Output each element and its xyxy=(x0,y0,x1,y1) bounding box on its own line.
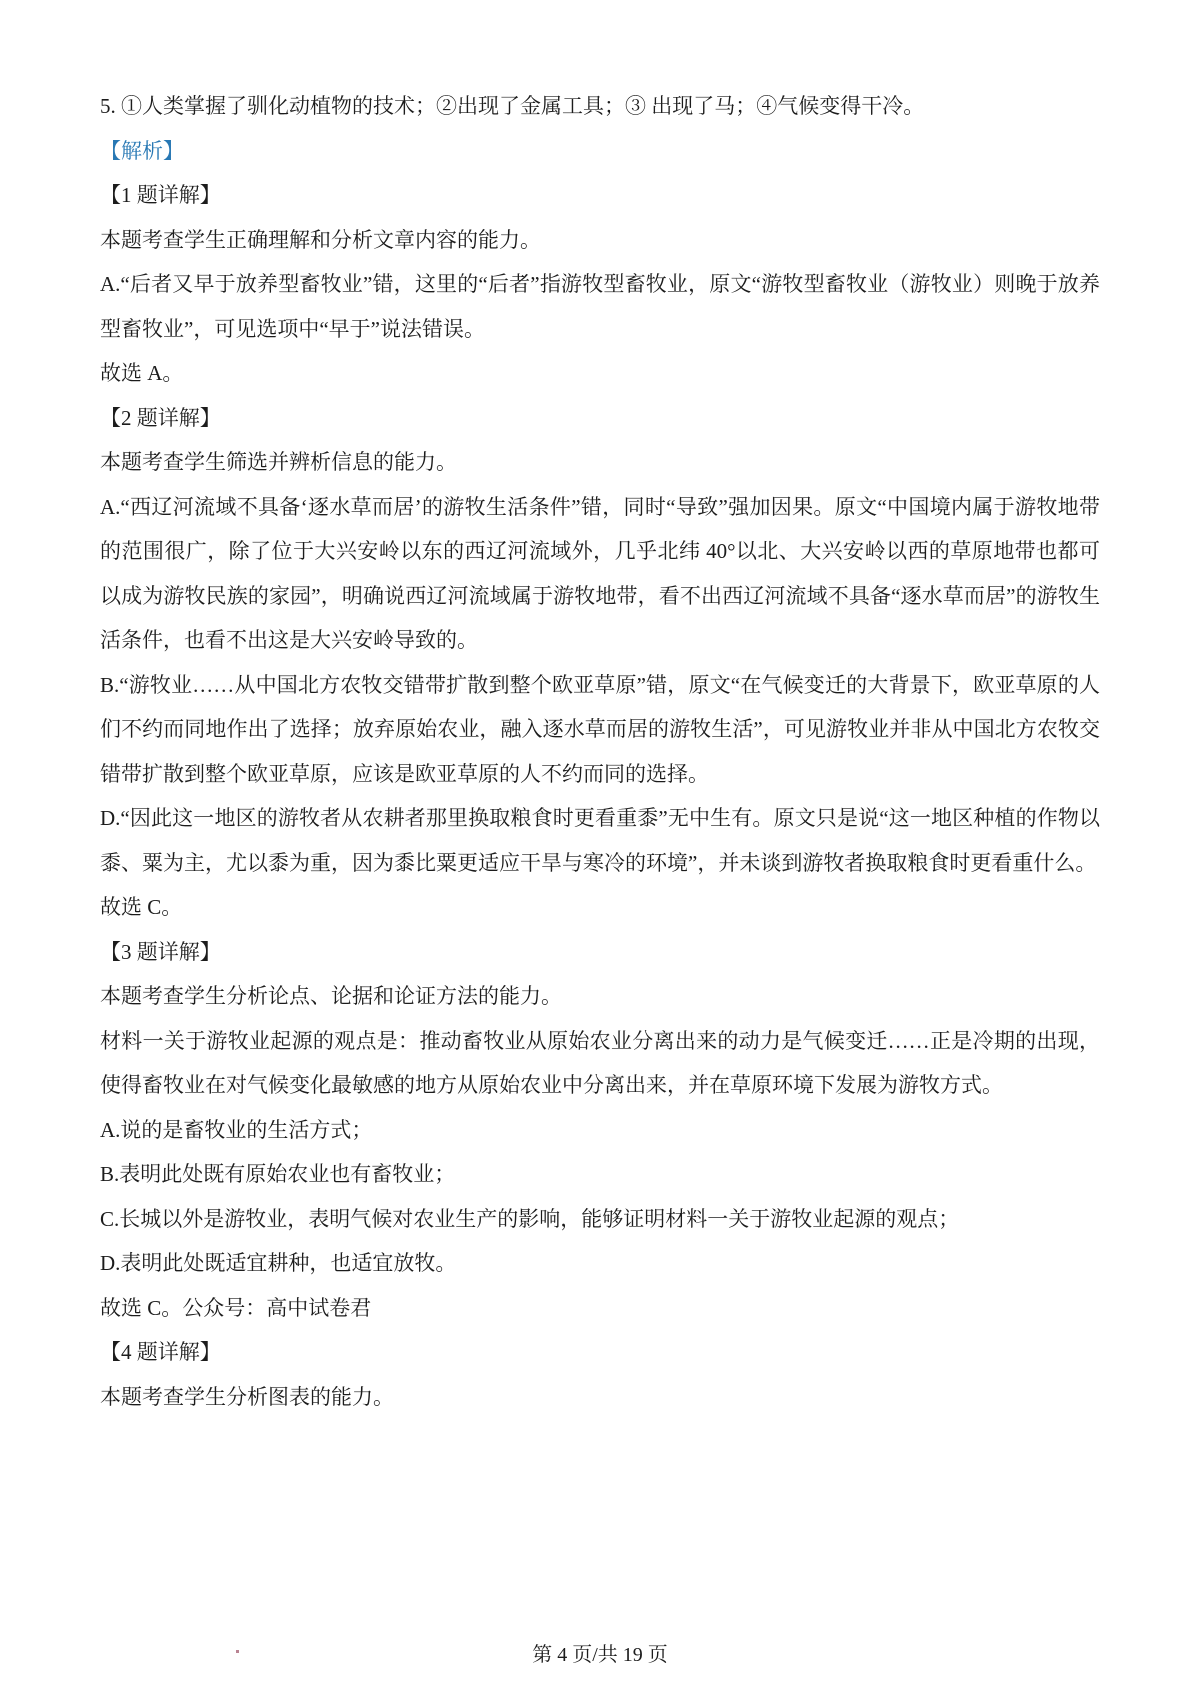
q3-detail-heading: 【3 题详解】 xyxy=(100,930,1100,975)
q1-answer-line: 故选 A。 xyxy=(100,351,1100,396)
q3-option-c-analysis: C.长城以外是游牧业，表明气候对农业生产的影响，能够证明材料一关于游牧业起源的观… xyxy=(100,1197,1100,1242)
answer-5-line: 5. ①人类掌握了驯化动植物的技术；②出现了金属工具；③ 出现了马；④气候变得干… xyxy=(100,84,1100,129)
exam-answer-page: 5. ①人类掌握了驯化动植物的技术；②出现了金属工具；③ 出现了马；④气候变得干… xyxy=(0,0,1200,1698)
page-number-text: 第 4 页/共 19 页 xyxy=(532,1644,668,1666)
analysis-heading: 【解析】 xyxy=(100,129,1100,174)
q1-option-a-analysis: A.“后者又早于放养型畜牧业”错，这里的“后者”指游牧型畜牧业，原文“游牧型畜牧… xyxy=(100,262,1100,351)
q3-answer-line: 故选 C。公众号：高中试卷君 xyxy=(100,1286,1100,1331)
q2-detail-heading: 【2 题详解】 xyxy=(100,396,1100,441)
q3-ability-line: 本题考查学生分析论点、论据和论证方法的能力。 xyxy=(100,974,1100,1019)
q2-option-b-analysis: B.“游牧业……从中国北方农牧交错带扩散到整个欧亚草原”错，原文“在气候变迁的大… xyxy=(100,663,1100,797)
q3-viewpoint-line: 材料一关于游牧业起源的观点是：推动畜牧业从原始农业分离出来的动力是气候变迁……正… xyxy=(100,1019,1100,1108)
q4-ability-line: 本题考查学生分析图表的能力。 xyxy=(100,1375,1100,1420)
q2-ability-line: 本题考查学生筛选并辨析信息的能力。 xyxy=(100,440,1100,485)
q4-detail-heading: 【4 题详解】 xyxy=(100,1330,1100,1375)
q3-option-b-analysis: B.表明此处既有原始农业也有畜牧业； xyxy=(100,1152,1100,1197)
page-footer: 第 4 页/共 19 页 xyxy=(0,1640,1200,1670)
q3-option-a-analysis: A.说的是畜牧业的生活方式； xyxy=(100,1108,1100,1153)
document-body: 5. ①人类掌握了驯化动植物的技术；②出现了金属工具；③ 出现了马；④气候变得干… xyxy=(100,84,1100,1419)
q3-option-d-analysis: D.表明此处既适宜耕种，也适宜放牧。 xyxy=(100,1241,1100,1286)
q1-ability-line: 本题考查学生正确理解和分析文章内容的能力。 xyxy=(100,218,1100,263)
q1-detail-heading: 【1 题详解】 xyxy=(100,173,1100,218)
q2-answer-line: 故选 C。 xyxy=(100,885,1100,930)
q2-option-d-analysis: D.“因此这一地区的游牧者从农耕者那里换取粮食时更看重黍”无中生有。原文只是说“… xyxy=(100,796,1100,885)
q2-option-a-analysis: A.“西辽河流域不具备‘逐水草而居’的游牧生活条件”错，同时“导致”强加因果。原… xyxy=(100,485,1100,663)
